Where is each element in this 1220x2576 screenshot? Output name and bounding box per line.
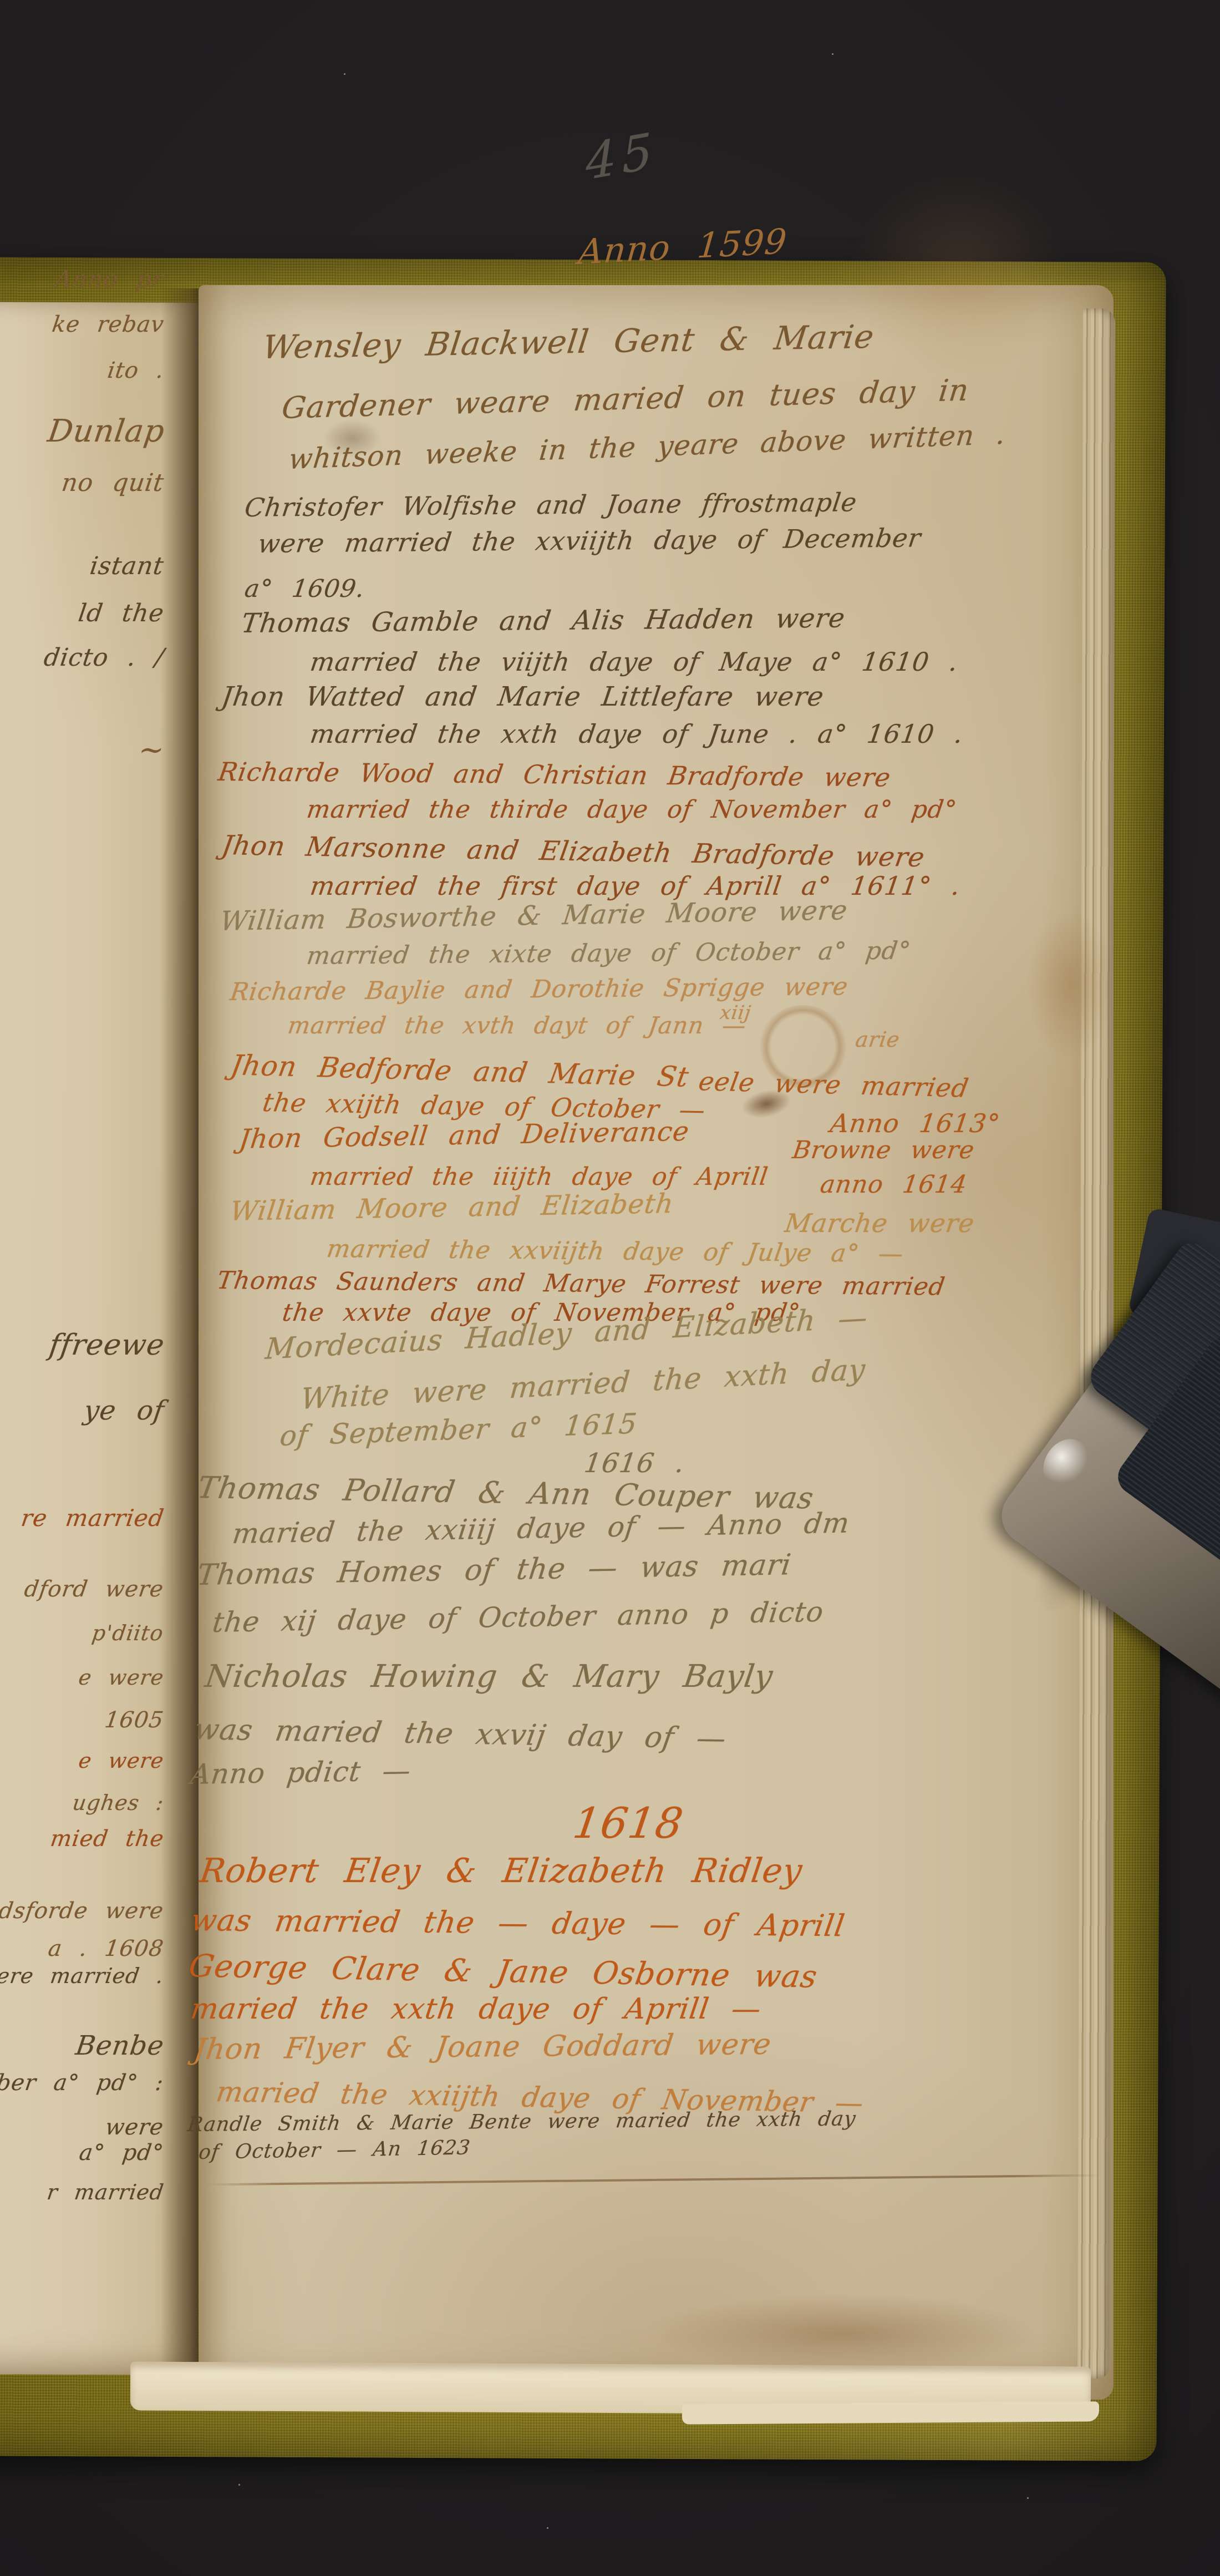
left-page-fragment-line: adsforde were	[0, 1898, 165, 1924]
register-entry-line: Christofer Wolfishe and Joane ffrostmapl…	[243, 487, 859, 523]
left-page-fragment-line: p'diito	[90, 1621, 165, 1645]
register-entry-line: Richarde Wood and Christian Bradforde we…	[216, 757, 893, 793]
register-entry-line: Jhon Marsonne and Elizabeth Bradforde we…	[220, 830, 927, 873]
register-entry-line: maried the xxiiij daye of — Anno dm	[231, 1507, 851, 1550]
register-entry-line: were married the xxviijth daye of Decemb…	[256, 523, 923, 559]
register-entry-line: William Bosworthe & Marie Moore were	[218, 895, 850, 937]
left-page-fragment-line: 1605	[103, 1707, 165, 1733]
left-page-fragment-line: Anno pr	[53, 265, 166, 292]
register-entry-line: Wensley Blackwell Gent & Marie	[261, 318, 876, 366]
left-page-fragment-line: mied the	[49, 1826, 166, 1852]
register-entry-line: 1618	[570, 1798, 687, 1848]
left-page-fragment-line: dford were	[23, 1576, 165, 1602]
dust-speck	[832, 53, 833, 55]
left-page-fragment-line: re married	[19, 1504, 166, 1532]
register-entry-line: anno 1614	[819, 1170, 969, 1199]
left-page-fragment-line: ughes :	[71, 1791, 165, 1815]
left-page-fragment-line: e were	[77, 1748, 166, 1773]
register-entry-line: married the viijth daye of Maye a° 1610 …	[308, 647, 960, 677]
register-entry-line: Jhon Godsell and Deliverance	[237, 1116, 691, 1155]
left-page-fragment-line: ye of	[82, 1395, 166, 1426]
register-entry-line: xiij	[719, 1002, 753, 1024]
register-entry-line: eele were married	[697, 1066, 971, 1103]
register-entry-line: maried the xxth daye of Aprill —	[189, 1992, 764, 2026]
register-entry-line: Marche were	[783, 1208, 977, 1238]
left-page-fragment-line: were	[104, 2114, 165, 2140]
register-entry-line: Gardener weare maried on tues day in	[280, 372, 971, 425]
manuscript-photo: 45 Anno 1599 Wensley Blackwell Gent & Ma…	[0, 0, 1220, 2576]
left-page-fragments: Anno prke rebavito .Dunlapno quitistantl…	[0, 0, 179, 2576]
left-page-fragment-line: no quit	[60, 469, 166, 497]
register-entry-line: Jhon Watted and Marie Littlefare were	[220, 681, 826, 712]
register-entry-line: Jhon Flyer & Joane Goddard were	[192, 2028, 774, 2066]
register-entry-line: arie	[854, 1027, 902, 1052]
left-page-fragment-line: a° pd°	[78, 2140, 165, 2166]
register-entry-line: whitson weeke in the yeare above written…	[287, 418, 1008, 475]
register-entry-line: Thomas Saunders and Marye Forrest were m…	[215, 1266, 947, 1301]
register-entry-line: Randle Smith & Marie Bente were maried t…	[186, 2107, 857, 2136]
register-entry-line: married the xxviijth daye of Julye a° —	[325, 1235, 906, 1268]
register-entry-line: Browne were	[791, 1136, 977, 1164]
left-page-fragment-line: eber a° pd° :	[0, 2070, 165, 2096]
register-entry-line: the xij daye of October anno p dicto	[211, 1596, 826, 1639]
left-page-fragment-line: ~	[136, 732, 167, 767]
dust-speck	[1027, 2497, 1029, 2499]
left-page-fragment-line: r married	[45, 2180, 166, 2204]
register-entry-line: Thomas Gamble and Alis Hadden were	[240, 602, 847, 639]
register-entry-line: Anno pdict —	[189, 1754, 413, 1791]
register-entry-line: Richarde Baylie and Dorothie Sprigge wer…	[228, 972, 850, 1006]
left-page-fragment-line: a . 1608	[47, 1936, 165, 1961]
left-page-fragment-line: ld the	[77, 599, 166, 627]
register-entry-line: married the thirde daye of November a° p…	[305, 795, 959, 824]
register-entry-line: married the first daye of Aprill a° 1611…	[308, 871, 962, 901]
register-entry-line: married the iiijth daye of Aprill	[308, 1163, 770, 1191]
left-page-fragment-line: istant	[88, 552, 166, 580]
register-entry-line: Nicholas Howing & Mary Bayly	[203, 1659, 775, 1695]
left-page-fragment-line: e were	[77, 1665, 166, 1690]
register-entry-line: married the xvth dayt of Jann —	[286, 1012, 748, 1039]
register-entry-line: a° 1609.	[243, 575, 367, 603]
register-entry-line: Jhon Bedforde and Marie St	[228, 1049, 692, 1093]
register-entry-line: Robert Eley & Elizabeth Ridley	[197, 1852, 805, 1890]
register-entry-line: William Moore and Elizabeth	[228, 1188, 675, 1227]
dust-speck	[344, 73, 345, 75]
register-entry-line: 1616 .	[582, 1448, 687, 1479]
register-entry-line: of October — An 1623	[197, 2136, 472, 2164]
register-entry-line: Anno 1613°	[828, 1108, 1002, 1138]
register-entry-line: White were married the xxth day	[299, 1353, 867, 1416]
dust-speck	[547, 2527, 548, 2529]
register-entry-line: Thomas Homes of the — was mari	[195, 1548, 793, 1592]
left-page-fragment-line: ffreewe	[47, 1328, 167, 1362]
left-page-fragment-line: were married .	[0, 1964, 165, 1988]
left-page-fragment-line: dicto . /	[42, 643, 166, 672]
register-entry-line: was married the — daye — of Aprill	[189, 1903, 847, 1943]
left-page-fragment-line: ke rebav	[50, 312, 166, 337]
register-entry-line: married the xxth daye of June . a° 1610 …	[308, 719, 965, 749]
register-entry-line: was maried the xxvij day of —	[192, 1713, 729, 1756]
left-page-fragment-line: Benbe	[74, 2030, 166, 2061]
left-page-fragment-line: Dunlap	[45, 413, 167, 449]
register-entries: Wensley Blackwell Gent & MarieGardener w…	[0, 0, 1220, 2576]
dust-speck	[238, 2484, 240, 2486]
register-entry-line: married the xixte daye of October a° pd°	[305, 936, 913, 970]
left-page-fragment-line: ito .	[106, 358, 166, 383]
register-entry-line: George Clare & Jane Osborne was	[186, 1948, 820, 1995]
